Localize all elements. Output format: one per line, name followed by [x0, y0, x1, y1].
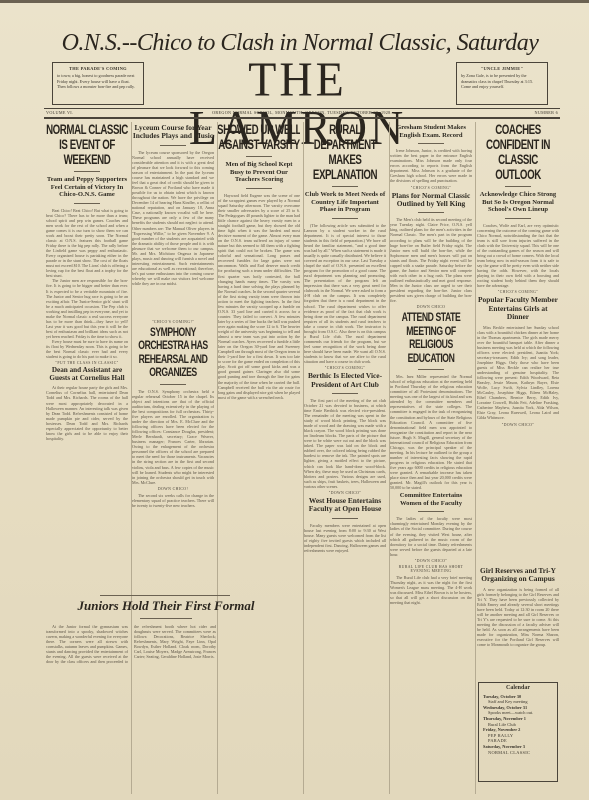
divider	[140, 618, 192, 619]
divider	[332, 518, 358, 519]
column-rule	[475, 122, 476, 794]
ear-left-text: to town; a big, honest to goodness parad…	[57, 73, 139, 89]
kicker: "CHICO'S COMING"	[390, 186, 472, 190]
headline-normal-classic: NORMAL CLASSIC IS EVENT OF WEEKEND	[46, 122, 128, 167]
article-gresham-body: Irene Johnson, Junior, is credited with …	[390, 148, 472, 183]
dateline-center: OREGON NORMAL SCHOOL, MONMOUTH, OREGON, …	[44, 109, 560, 117]
article-rural-life-club-body: The Rural Life club had a very brief mee…	[390, 575, 472, 605]
headline-west-house: West House Entertains Faculty at Open Ho…	[304, 497, 386, 514]
ear-right-box: "UNCLE JIMMIE" by Zona Gale, is to be pr…	[456, 62, 548, 105]
deck-coaches: Acknowledge Chico Strong But So Is Orego…	[477, 191, 559, 214]
article-west-house-body: Faculty members were entertained at open…	[304, 523, 386, 553]
divider	[246, 156, 272, 157]
deck-showed-up: Men of Big School Kept Busy to Prevent O…	[218, 161, 300, 184]
headline-gresham: Gresham Student Makes English Exam. Reco…	[390, 124, 472, 139]
kicker: "DOWN CHICO"	[477, 423, 559, 427]
article-attend-state-body: Mrs. Inez Miller represented the Normal …	[390, 374, 472, 490]
newspaper-page: O.N.S.--Chico to Clash in Normal Classic…	[0, 0, 589, 800]
divider	[418, 511, 444, 512]
calendar-list: Tuesday, October 30Staff and Key meeting…	[483, 694, 553, 756]
article-juniors-formal-body: At the Junior formal the gymnasium was t…	[46, 624, 216, 664]
article-girl-reserves-body: A new organization is being formed of al…	[477, 587, 559, 648]
kicker: "DOWN CHICO"	[390, 559, 472, 563]
article-practice-teachers-body: The second six weeks calls for change in…	[132, 493, 214, 508]
article-coaches-body: Coaches, Wolfe and Earl, are very optimi…	[477, 223, 559, 289]
headline-rural-life-club: RURAL LIFE CLUB HAS SHORT EVENING MEETIN…	[390, 565, 472, 573]
ear-left-box: THE PARADE'S COMING to town; a big, hone…	[52, 62, 144, 105]
article-popular-faculty-body: Miss Beckle entertained her Sunday schoo…	[477, 325, 559, 421]
scan-top-edge	[0, 0, 589, 3]
article-normal-classic-body-3: Every house must be sure to have its nam…	[46, 339, 128, 359]
divider	[332, 393, 358, 394]
column-6-lower: Girl Reserves and Tri-Y Organizing on Ca…	[477, 565, 559, 680]
headline-berthic: Berthic Is Elected Vice-President of Art…	[304, 372, 386, 389]
divider	[74, 203, 100, 204]
dateline: VOLUME VI. OREGON NORMAL SCHOOL, MONMOUT…	[44, 108, 560, 119]
headline-attend-state: ATTEND STATE MEETING OF RELIGIOUS EDUCAT…	[390, 311, 472, 365]
calendar-box: Calendar Tuesday, October 30Staff and Ke…	[478, 682, 558, 782]
column-2: Lyceum Course for Year Includes Plays an…	[132, 122, 214, 592]
kicker: "CHICO'S COMING"	[304, 366, 386, 370]
headline-rural-dept: RURAL DEPARTMENT MAKES EXPLANATION	[304, 122, 386, 182]
article-committee-body: The ladies of the faculty were most char…	[390, 516, 472, 556]
article-lyceum-body: The lyceum course sponsored by the Orego…	[132, 150, 214, 318]
juniors-formal-columns: At the Junior formal the gymnasium was t…	[46, 624, 216, 794]
divider	[332, 218, 358, 219]
ear-left-title: THE PARADE'S COMING	[57, 66, 139, 71]
column-1: NORMAL CLASSIC IS EVENT OF WEEKEND Team …	[46, 122, 128, 592]
column-5: Gresham Student Makes English Exam. Reco…	[390, 122, 472, 794]
article-symphony-body: The O.N.S. Symphony orchestra held a reg…	[132, 389, 214, 485]
ear-right-text: by Zona Gale, is to be presented by the …	[461, 73, 543, 89]
divider	[505, 186, 531, 187]
kicker: "CHICO'S COMING!"	[132, 320, 214, 324]
headline-showed-up: SHOWED UP WELL AGAINST VARSITY	[218, 122, 300, 152]
divider	[332, 186, 358, 187]
divider	[418, 212, 444, 213]
headline-coaches: COACHES CONFIDENT IN CLASSIC OUTLOOK	[477, 122, 559, 182]
divider	[160, 145, 186, 146]
headline-committee: Committee Entertains Women of the Facult…	[390, 492, 472, 507]
headline-lyceum: Lyceum Course for Year Includes Plays an…	[132, 124, 214, 141]
article-rural-dept-body: (The following article was submitted to …	[304, 223, 386, 364]
divider	[246, 188, 272, 189]
headline-dean-assistant: Dean and Assistant are Guests at Corneli…	[46, 367, 128, 382]
divider	[505, 218, 531, 219]
headline-juniors-formal: Juniors Hold Their First Formal	[50, 598, 282, 614]
article-plans-yell-body: The Men's club held its second meeting o…	[390, 217, 472, 303]
kicker: "CHICO'S COMING"	[477, 290, 559, 294]
headline-popular-faculty: Popular Faculty Member Entertains Girls …	[477, 296, 559, 321]
calendar-event: NORMAL CLASSIC	[483, 750, 553, 756]
kicker: "PUT THE CLASS IN CLASSIC"	[46, 361, 128, 365]
deck-normal-classic: Team and Peppy Supporters Feel Certain o…	[46, 176, 128, 199]
divider	[100, 595, 230, 596]
ear-right-title: "UNCLE JIMMIE"	[461, 66, 543, 71]
article-dean-assistant-body: At their regular house party the girls a…	[46, 385, 128, 441]
article-berthic-body: The first part of the meeting of the art…	[304, 398, 386, 489]
calendar-title: Calendar	[483, 686, 553, 692]
divider	[418, 369, 444, 370]
column-3: SHOWED UP WELL AGAINST VARSITY Men of Bi…	[218, 122, 300, 794]
headline-girl-reserves: Girl Reserves and Tri-Y Organizing on Ca…	[477, 567, 559, 584]
headline-symphony: SYMPHONY ORCHESTRA HAS REHEARSAL AND ORG…	[132, 326, 214, 380]
divider	[418, 143, 444, 144]
kicker: "DOWN CHICO"	[304, 491, 386, 495]
article-showed-up-body: Hayward field Eugene was the scene of on…	[218, 193, 300, 400]
column-4: RURAL DEPARTMENT MAKES EXPLANATION Club …	[304, 122, 386, 794]
divider	[160, 384, 186, 385]
article-normal-classic-body-2: The Junior men are responsible for the b…	[46, 278, 128, 339]
deck-rural-dept: Club Work to Meet Needs of Country Life …	[304, 191, 386, 214]
divider	[74, 171, 100, 172]
kicker: DOWN CHICO!	[132, 487, 214, 491]
headline-plans-yell: Plans for Normal Classic Outlined by Yel…	[390, 192, 472, 209]
article-normal-classic-body: Beat Chico! Beat Chico! But what is goin…	[46, 208, 128, 279]
kicker: DOWN CHICO	[390, 305, 472, 309]
issue-number: NUMBER 6	[535, 109, 558, 117]
